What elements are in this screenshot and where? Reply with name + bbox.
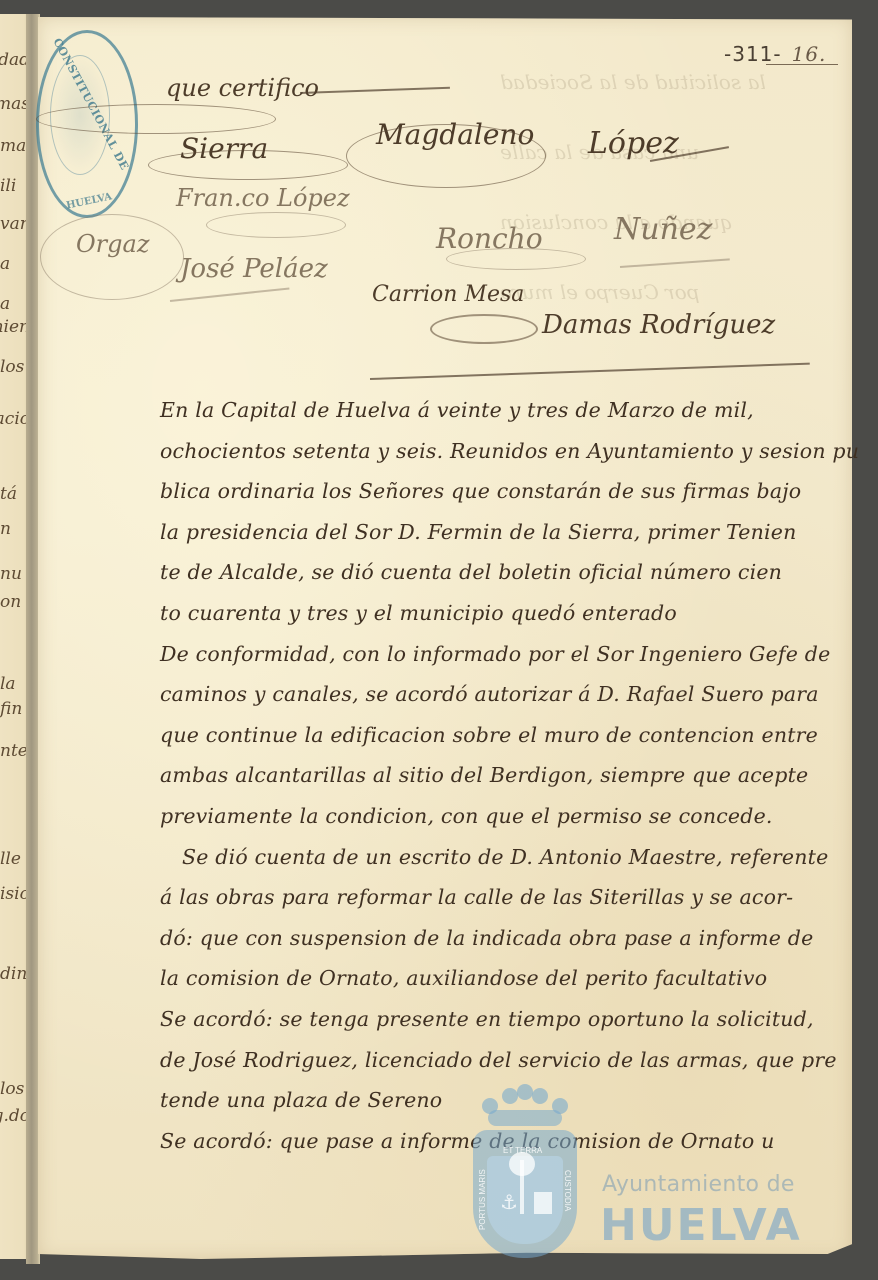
- binding-gutter: [26, 14, 40, 1264]
- crown-icon: [478, 1084, 572, 1130]
- text-line: dó: que con suspension de la indicada ob…: [160, 918, 850, 959]
- signature-jose-pelaez: José Peláez: [180, 254, 328, 284]
- watermark-title: HUELVA: [600, 1200, 802, 1251]
- tower-icon: [534, 1192, 552, 1214]
- folio-primary: -311-: [724, 42, 782, 66]
- text-line: Se dió cuenta de un escrito de D. Antoni…: [160, 837, 850, 878]
- folio-underline: [766, 64, 838, 65]
- watermark-caption: Ayuntamiento de: [602, 1172, 795, 1197]
- text-line: te de Alcalde, se dió cuenta del boletin…: [160, 552, 850, 593]
- text-line: previamente la condicion, con que el per…: [160, 796, 850, 837]
- signature-flourish: [206, 212, 346, 238]
- bleed-through-text: por Cuerpo el muro: [500, 280, 700, 304]
- text-line: la presidencia del Sor D. Fermin de la S…: [160, 512, 850, 553]
- coat-of-arms-motto-right: CUSTODIA: [563, 1170, 572, 1211]
- signature-flourish: [430, 314, 538, 344]
- text-line: En la Capital de Huelva á veinte y tres …: [160, 390, 850, 431]
- bleed-through-text: la solicitud de la Sociedad: [500, 70, 766, 94]
- signature-carrion-mesa: Carrion Mesa: [372, 282, 524, 307]
- text-line: ambas alcantarillas al sitio del Berdigo…: [160, 755, 850, 796]
- text-line: to cuarenta y tres y el municipio quedó …: [160, 593, 850, 634]
- signature-francisco-lopez: Fran.co López: [176, 184, 350, 212]
- text-line: caminos y canales, se acordó autorizar á…: [160, 674, 850, 715]
- certification-phrase: que certifico: [166, 74, 319, 102]
- folio-number: -311-16.: [724, 42, 826, 66]
- tree-trunk-icon: [520, 1160, 524, 1214]
- signature-flourish: [446, 248, 586, 270]
- signature-flourish: [36, 104, 276, 134]
- text-line: que continue la edificacion sobre el mur…: [160, 715, 850, 756]
- document-scan: idad mas ma ili var a a nien los acio tá…: [0, 0, 878, 1280]
- minutes-body: En la Capital de Huelva á veinte y tres …: [160, 390, 850, 1161]
- text-line: blica ordinaria los Señores que constará…: [160, 471, 850, 512]
- text-line: ochocientos setenta y seis. Reunidos en …: [160, 431, 850, 472]
- anchor-icon: ⚓: [500, 1190, 518, 1214]
- text-line: á las obras para reformar la calle de la…: [160, 877, 850, 918]
- text-line: de José Rodriguez, licenciado del servic…: [160, 1040, 850, 1081]
- signature-flourish: [40, 214, 184, 300]
- signature-flourish: [148, 150, 348, 180]
- text-line: Se acordó: se tenga presente en tiempo o…: [160, 999, 850, 1040]
- signature-lopez: López: [588, 126, 679, 161]
- signature-flourish: [346, 124, 546, 188]
- coat-of-arms-motto-left: PORTUS MARIS: [478, 1169, 487, 1230]
- text-line: la comision de Ornato, auxiliandose del …: [160, 958, 850, 999]
- text-line: De conformidad, con lo informado por el …: [160, 634, 850, 675]
- signature-damas-rodriguez: Damas Rodríguez: [542, 310, 775, 340]
- folio-secondary: 16.: [792, 42, 827, 66]
- signature-nunez: Nuñez: [614, 212, 712, 247]
